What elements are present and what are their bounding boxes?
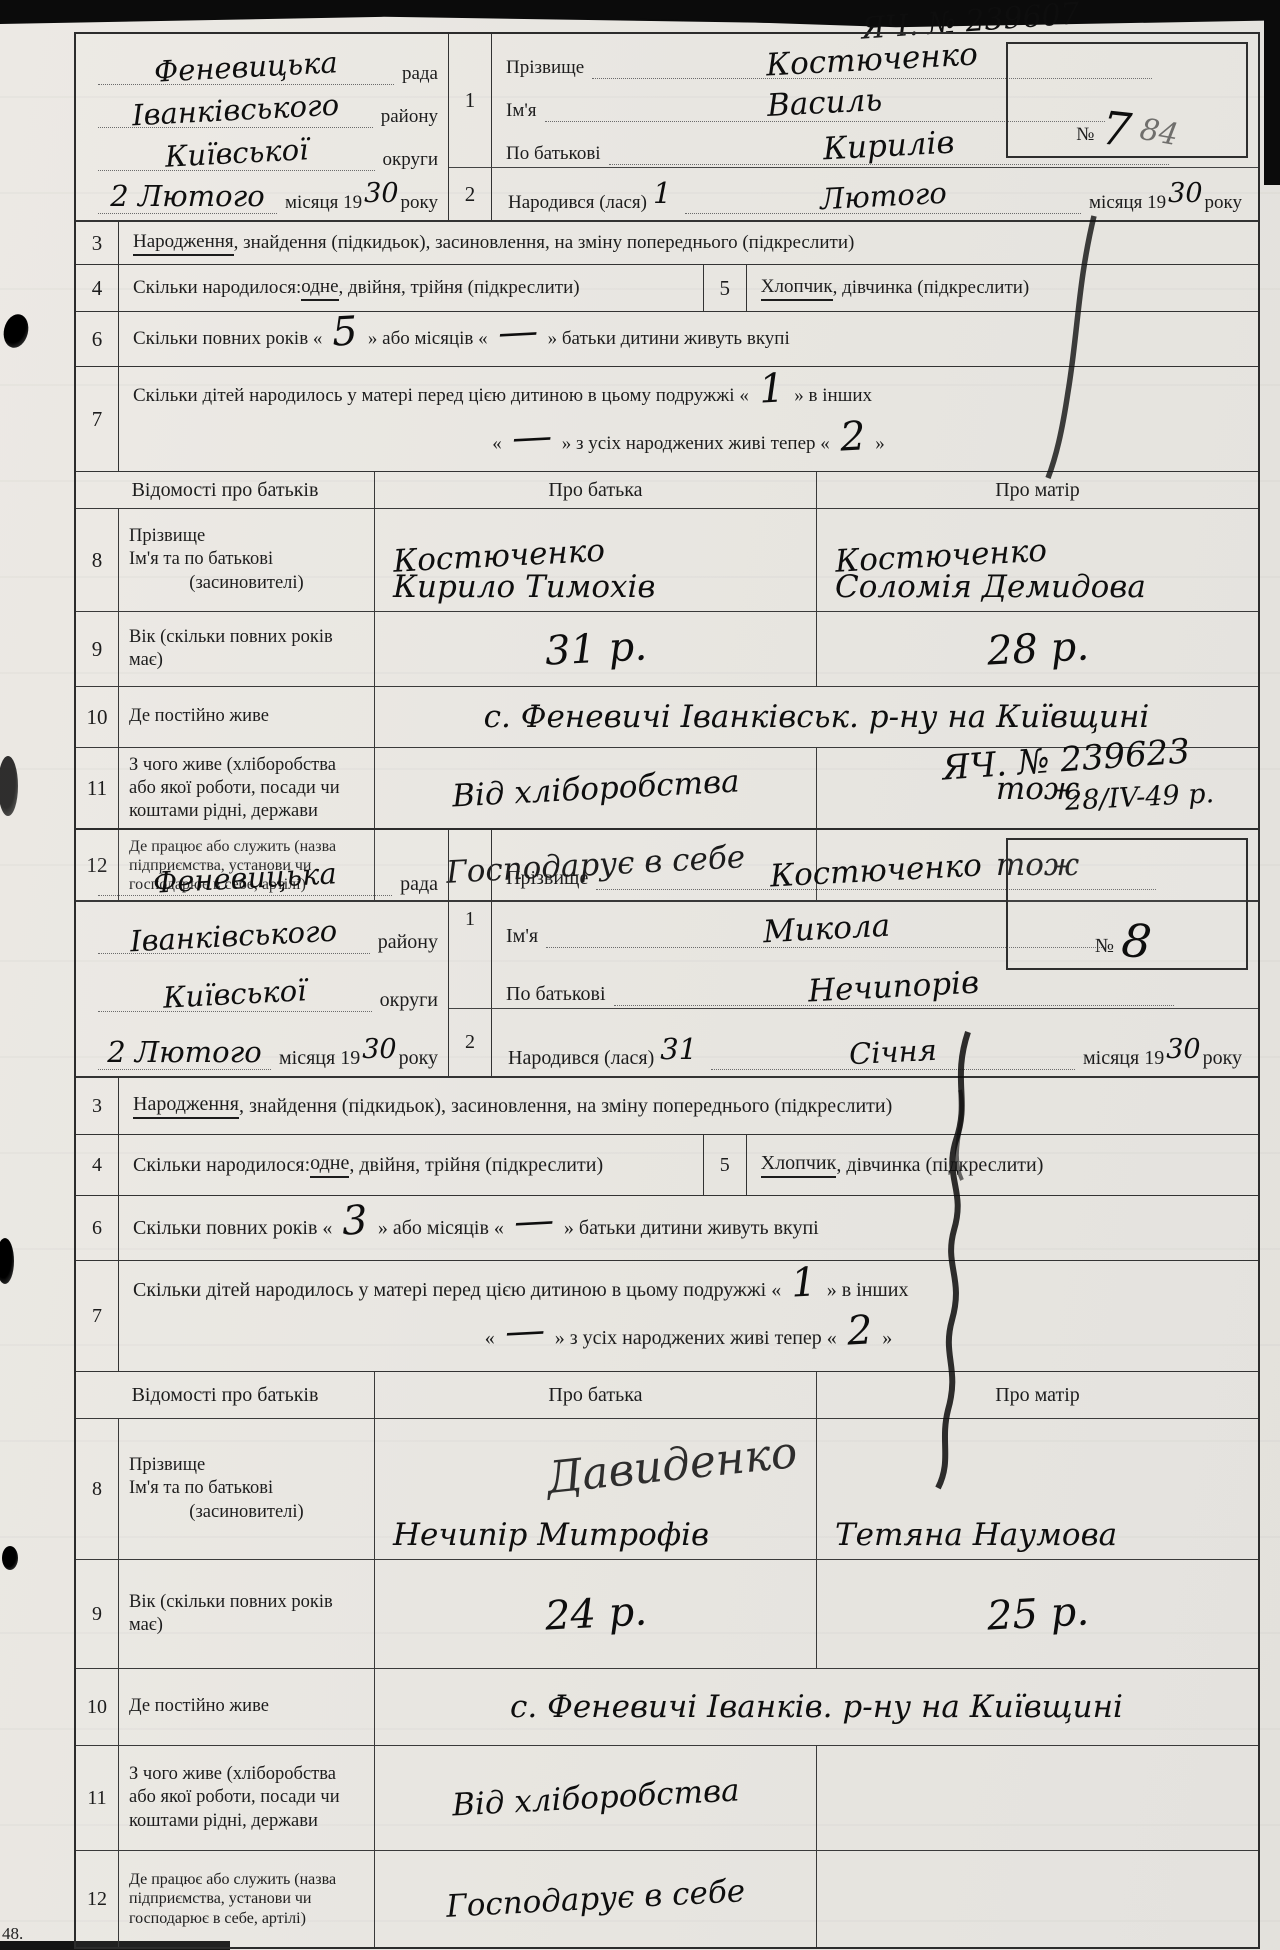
patronymic-value: Нечипорів bbox=[807, 965, 980, 1010]
mother-age-cell: 28 р. bbox=[816, 611, 1258, 686]
row-number-9: 9 bbox=[76, 1559, 118, 1668]
okruha-line: Київської округи bbox=[90, 954, 438, 1012]
mother-name-cell: Костюченко Соломія Демидова bbox=[816, 508, 1258, 611]
mother-work-cell bbox=[816, 1850, 1258, 1947]
father-age-value: 24 р. bbox=[543, 1588, 647, 1639]
district-value: Іванківського bbox=[130, 914, 339, 959]
registration-date-line: 2 Лютого місяця 19 30 року bbox=[90, 171, 438, 214]
fill-line: 2 Лютого bbox=[98, 1035, 271, 1070]
birth-date-section: 2 Народився (лася) 31 Січня місяця 19 30… bbox=[449, 1009, 1258, 1076]
row-number-11: 11 bbox=[76, 1745, 118, 1850]
row-event-type: 3 Народження, знайдення (підкидьок), зас… bbox=[76, 221, 1258, 264]
residence-label: Де постійно живе bbox=[118, 1668, 374, 1745]
mother-age-value: 25 р. bbox=[985, 1588, 1089, 1639]
fill-line: Іванківського bbox=[98, 919, 370, 954]
father-age-cell: 31 р. bbox=[374, 611, 816, 686]
okruha-value: Київської bbox=[164, 132, 309, 173]
sex-text: Хлопчик, дівчинка (підкреслити) bbox=[747, 265, 1258, 311]
children-alive-value: 2 bbox=[839, 413, 867, 460]
birth-year-value: 30 bbox=[1168, 178, 1202, 209]
row-number-5: 5 bbox=[703, 265, 747, 311]
fill-line: 2 Лютого bbox=[98, 179, 277, 214]
sex-text: Хлопчик, дівчинка (підкреслити) bbox=[747, 1135, 1258, 1195]
record-number-scrawl: 84 bbox=[1137, 112, 1181, 153]
previous-children-text: Скільки дітей народилось у матері перед … bbox=[119, 1261, 1258, 1371]
age-label: Вік (скільки повних років має) bbox=[118, 611, 374, 686]
record-number-box: № 7 84 bbox=[1006, 42, 1248, 158]
form-header: Феневицька рада Іванківського району Киї… bbox=[76, 830, 1258, 1077]
father-income-cell: Від хліборобства bbox=[374, 1745, 816, 1850]
row-number-1: 1 bbox=[449, 34, 492, 167]
work-label: Де працює або служить (назва підприємств… bbox=[118, 1850, 374, 1947]
row-number-6: 6 bbox=[76, 1196, 119, 1260]
underlined-birth: Народження bbox=[133, 1093, 239, 1119]
father-age-cell: 24 р. bbox=[374, 1559, 816, 1668]
year-label: року bbox=[1205, 192, 1242, 214]
father-work-value: Господарує в себе bbox=[445, 1873, 746, 1925]
district-label: району bbox=[378, 931, 438, 954]
father-given-value: Нечипір Митрофів bbox=[393, 1517, 806, 1553]
surname-value: Костюченко bbox=[765, 36, 979, 83]
children-alive-value: 2 bbox=[846, 1307, 874, 1354]
row-number-10: 10 bbox=[76, 686, 118, 747]
row-number-3: 3 bbox=[76, 1078, 119, 1134]
form-vertical-title: ЗАПИС АКТУ ПРО НАРОДЖЕННЯ bbox=[0, 828, 10, 1949]
month-label: місяця 19 bbox=[279, 1047, 360, 1070]
row-parents-years-together: 6 Скільки повних років « 5 » або місяців… bbox=[76, 311, 1258, 366]
fill-line: Нечипорів bbox=[614, 969, 1174, 1006]
underlined-birth: Народження bbox=[133, 231, 234, 256]
number-label: № bbox=[1076, 124, 1094, 146]
fill-line: Київської bbox=[98, 977, 372, 1012]
mother-header: Про матір bbox=[816, 472, 1258, 508]
council-value: Феневицька bbox=[152, 856, 337, 900]
row-number-7: 7 bbox=[76, 1261, 119, 1371]
row-number-5: 5 bbox=[703, 1135, 747, 1195]
underlined-boy: Хлопчик bbox=[761, 276, 833, 301]
mother-given-value: Тетяна Наумова bbox=[835, 1517, 1248, 1553]
residence-value: с. Феневичі Іванків. р-ну на Київщині bbox=[510, 1689, 1123, 1725]
years-together-text: Скільки повних років « 3 » або місяців «… bbox=[119, 1196, 1258, 1260]
row-previous-children: 7 Скільки дітей народилось у матері пере… bbox=[76, 366, 1258, 471]
fill-line: Січня bbox=[711, 1035, 1075, 1070]
name-label: Ім'я bbox=[506, 925, 538, 948]
year-label: року bbox=[1203, 1047, 1242, 1070]
parents-name-label: Прізвище Ім'я та по батькові (засиновите… bbox=[118, 1418, 374, 1559]
patronymic-label: По батькові bbox=[506, 983, 606, 1006]
row-event-type: 3 Народження, знайдення (підкидьок), зас… bbox=[76, 1077, 1258, 1134]
patronymic-label: По батькові bbox=[506, 143, 601, 165]
row-number-4: 4 bbox=[76, 1135, 119, 1195]
surname-label: Прізвище bbox=[506, 867, 588, 890]
council-label: рада bbox=[402, 63, 438, 85]
mother-header: Про матір bbox=[816, 1372, 1258, 1418]
district-label: району bbox=[381, 106, 438, 128]
reg-year-value: 30 bbox=[362, 1034, 396, 1065]
months-together-value: — bbox=[496, 308, 538, 356]
born-label: Народився (лася) bbox=[508, 1047, 654, 1070]
previous-children-text: Скільки дітей народилось у матері перед … bbox=[119, 367, 1258, 471]
reg-date-value: 2 Лютого bbox=[107, 1035, 261, 1069]
fill-line: Лютого bbox=[685, 179, 1081, 214]
name-value: Микола bbox=[762, 908, 891, 951]
father-age-value: 31 р. bbox=[543, 623, 647, 674]
okruha-label: округи bbox=[380, 989, 438, 1012]
event-type-text: Народження, знайдення (підкидьок), засин… bbox=[119, 1078, 1258, 1134]
years-together-value: 3 bbox=[341, 1197, 369, 1244]
fill-line: Феневицька bbox=[98, 50, 394, 85]
row-number-8: 8 bbox=[76, 1418, 118, 1559]
underlined-single: одне bbox=[310, 1152, 349, 1178]
reg-year-value: 30 bbox=[364, 178, 398, 209]
birth-year-value: 30 bbox=[1166, 1034, 1200, 1065]
district-line: Іванківського району bbox=[90, 896, 438, 954]
event-type-text: Народження, знайдення (підкидьок), засин… bbox=[119, 222, 1258, 264]
council-label: рада bbox=[400, 873, 438, 896]
form-border-box: Давиденко Феневицька рада Іванківського … bbox=[74, 828, 1260, 1949]
father-work-cell: Господарує в себе bbox=[374, 1850, 816, 1947]
children-this-marriage-value: 1 bbox=[790, 1259, 818, 1306]
row-number-12: 12 bbox=[76, 1850, 118, 1947]
month-label: місяця 19 bbox=[1083, 1047, 1164, 1070]
children-this-marriage-value: 1 bbox=[758, 365, 786, 412]
father-income-value: Від хліборобства bbox=[451, 1772, 740, 1823]
district-line: Іванківського району bbox=[90, 85, 438, 128]
row-number-6: 6 bbox=[76, 312, 119, 366]
row-number-1: 1 bbox=[449, 830, 492, 1008]
multiplicity-text: Скільки народилося: одне, двійня, трійня… bbox=[119, 1135, 703, 1195]
okruha-label: округи bbox=[383, 149, 438, 171]
scan-edge-right bbox=[1264, 0, 1280, 185]
row-previous-children: 7 Скільки дітей народилось у матері пере… bbox=[76, 1260, 1258, 1371]
council-line: Феневицька рада bbox=[90, 838, 438, 896]
row-number-8: 8 bbox=[76, 508, 118, 611]
row-parents-years-together: 6 Скільки повних років « 3 » або місяців… bbox=[76, 1195, 1258, 1260]
council-value: Феневицька bbox=[153, 45, 338, 89]
fill-line: Феневицька bbox=[98, 861, 392, 896]
years-together-text: Скільки повних років « 5 » або місяців «… bbox=[119, 312, 1258, 366]
fill-line: Київської bbox=[98, 136, 375, 171]
fill-line: Іванківського bbox=[98, 93, 373, 128]
number-label: № bbox=[1095, 935, 1114, 958]
birth-month-value: Лютого bbox=[819, 176, 947, 217]
father-header: Про батька bbox=[374, 1372, 816, 1418]
name-section: 1 Прізвище Костюченко Ім'я Микола По бат… bbox=[449, 830, 1258, 1009]
underlined-boy: Хлопчик bbox=[761, 1152, 837, 1178]
form-header: Феневицька рада Іванківського району Киї… bbox=[76, 34, 1258, 221]
record-number-value: 7 bbox=[1100, 101, 1135, 158]
mother-age-cell: 25 р. bbox=[816, 1559, 1258, 1668]
event-type-rest: , знайдення (підкидьок), засиновлення, н… bbox=[239, 1095, 892, 1118]
birth-date-section: 2 Народився (лася) 1 Лютого місяця 19 30… bbox=[449, 168, 1258, 220]
birth-day-value: 31 bbox=[660, 1032, 697, 1066]
registration-date-line: 2 Лютого місяця 19 30 року bbox=[90, 1012, 438, 1070]
record-number-box: № 8 bbox=[1006, 838, 1248, 970]
name-section: 1 Прізвище Костюченко Ім'я Василь По бат… bbox=[449, 34, 1258, 168]
form-vertical-title: ЗАПИС АКТУ ПРО НАРОДЖЕННЯ bbox=[0, 32, 10, 902]
row-multiplicity-sex: 4 Скільки народилося: одне, двійня, трій… bbox=[76, 264, 1258, 311]
father-header: Про батька bbox=[374, 472, 816, 508]
month-label: місяця 19 bbox=[1089, 192, 1166, 214]
birth-date-line: Народився (лася) 31 Січня місяця 19 30 р… bbox=[492, 1009, 1258, 1076]
name-value: Василь bbox=[766, 82, 883, 124]
row-number-9: 9 bbox=[76, 611, 118, 686]
row-multiplicity-sex: 4 Скільки народилося: одне, двійня, трій… bbox=[76, 1134, 1258, 1195]
row-number-7: 7 bbox=[76, 367, 119, 471]
birth-day-value: 1 bbox=[653, 176, 671, 210]
mother-age-value: 28 р. bbox=[985, 623, 1089, 674]
father-income-cell: Від хліборобства bbox=[374, 747, 816, 829]
row-number-2: 2 bbox=[449, 1009, 492, 1076]
record-number-value: 8 bbox=[1119, 913, 1154, 970]
registry-office-block: Феневицька рада Іванківського району Киї… bbox=[76, 34, 449, 220]
birth-date-line: Народився (лася) 1 Лютого місяця 19 30 р… bbox=[492, 168, 1258, 220]
children-other-value: — bbox=[511, 413, 553, 461]
year-label: року bbox=[401, 192, 438, 214]
residence-value: с. Феневичі Іванківськ. р-ну на Київщині bbox=[484, 699, 1150, 735]
years-together-value: 5 bbox=[331, 308, 359, 355]
mother-name-cell: Тетяна Наумова bbox=[816, 1418, 1258, 1559]
council-line: Феневицька рада bbox=[90, 42, 438, 85]
child-identity-block: 1 Прізвище Костюченко Ім'я Микола По бат… bbox=[449, 830, 1258, 1076]
year-label: року bbox=[399, 1047, 438, 1070]
row-number-10: 10 bbox=[76, 1668, 118, 1745]
row-number-4: 4 bbox=[76, 265, 119, 311]
multiplicity-text: Скільки народилося: одне, двійня, трійня… bbox=[119, 265, 703, 311]
surname-label: Прізвище bbox=[506, 57, 584, 79]
parents-info-header: Відомості про батьків bbox=[76, 1372, 374, 1418]
birth-month-value: Січня bbox=[848, 1033, 937, 1072]
row-number-2: 2 bbox=[449, 168, 492, 220]
born-label: Народився (лася) bbox=[508, 192, 647, 214]
months-together-value: — bbox=[513, 1197, 555, 1245]
income-label: З чого живе (хліборобства або якої робот… bbox=[118, 1745, 374, 1850]
age-label: Вік (скільки повних років має) bbox=[118, 1559, 374, 1668]
residence-cell: с. Феневичі Іванків. р-ну на Київщині bbox=[374, 1668, 1258, 1745]
row-number-3: 3 bbox=[76, 222, 119, 264]
okruha-value: Київської bbox=[162, 973, 307, 1014]
okruha-line: Київської округи bbox=[90, 128, 438, 171]
reg-date-value: 2 Лютого bbox=[110, 179, 264, 213]
district-value: Іванківського bbox=[131, 88, 340, 133]
income-label: З чого живе (хліборобства або якої робот… bbox=[118, 747, 374, 829]
underlined-single: одне bbox=[301, 276, 338, 301]
mother-income-cell bbox=[816, 1745, 1258, 1850]
children-other-value: — bbox=[504, 1307, 546, 1355]
father-name-cell: Костюченко Кирило Тимохів bbox=[374, 508, 816, 611]
parents-info-header: Відомості про батьків bbox=[76, 472, 374, 508]
surname-value: Костюченко bbox=[770, 847, 984, 894]
parents-name-label: Прізвище Ім'я та по батькові (засиновите… bbox=[118, 508, 374, 611]
father-income-value: Від хліборобства bbox=[451, 763, 740, 814]
name-label: Ім'я bbox=[506, 100, 537, 122]
patronymic-value: Кирилів bbox=[822, 125, 955, 168]
registry-office-block: Феневицька рада Іванківського району Киї… bbox=[76, 830, 449, 1076]
event-type-rest: , знайдення (підкидьок), засиновлення, н… bbox=[234, 232, 855, 254]
month-label: місяця 19 bbox=[285, 192, 362, 214]
child-identity-block: 1 Прізвище Костюченко Ім'я Василь По бат… bbox=[449, 34, 1258, 220]
residence-label: Де постійно живе bbox=[118, 686, 374, 747]
row-number-11: 11 bbox=[76, 747, 118, 829]
birth-record-form-2: ЯЧ. № 239623 28/ІV-49 р. ЗАПИС АКТУ ПРО … bbox=[14, 828, 1260, 1949]
